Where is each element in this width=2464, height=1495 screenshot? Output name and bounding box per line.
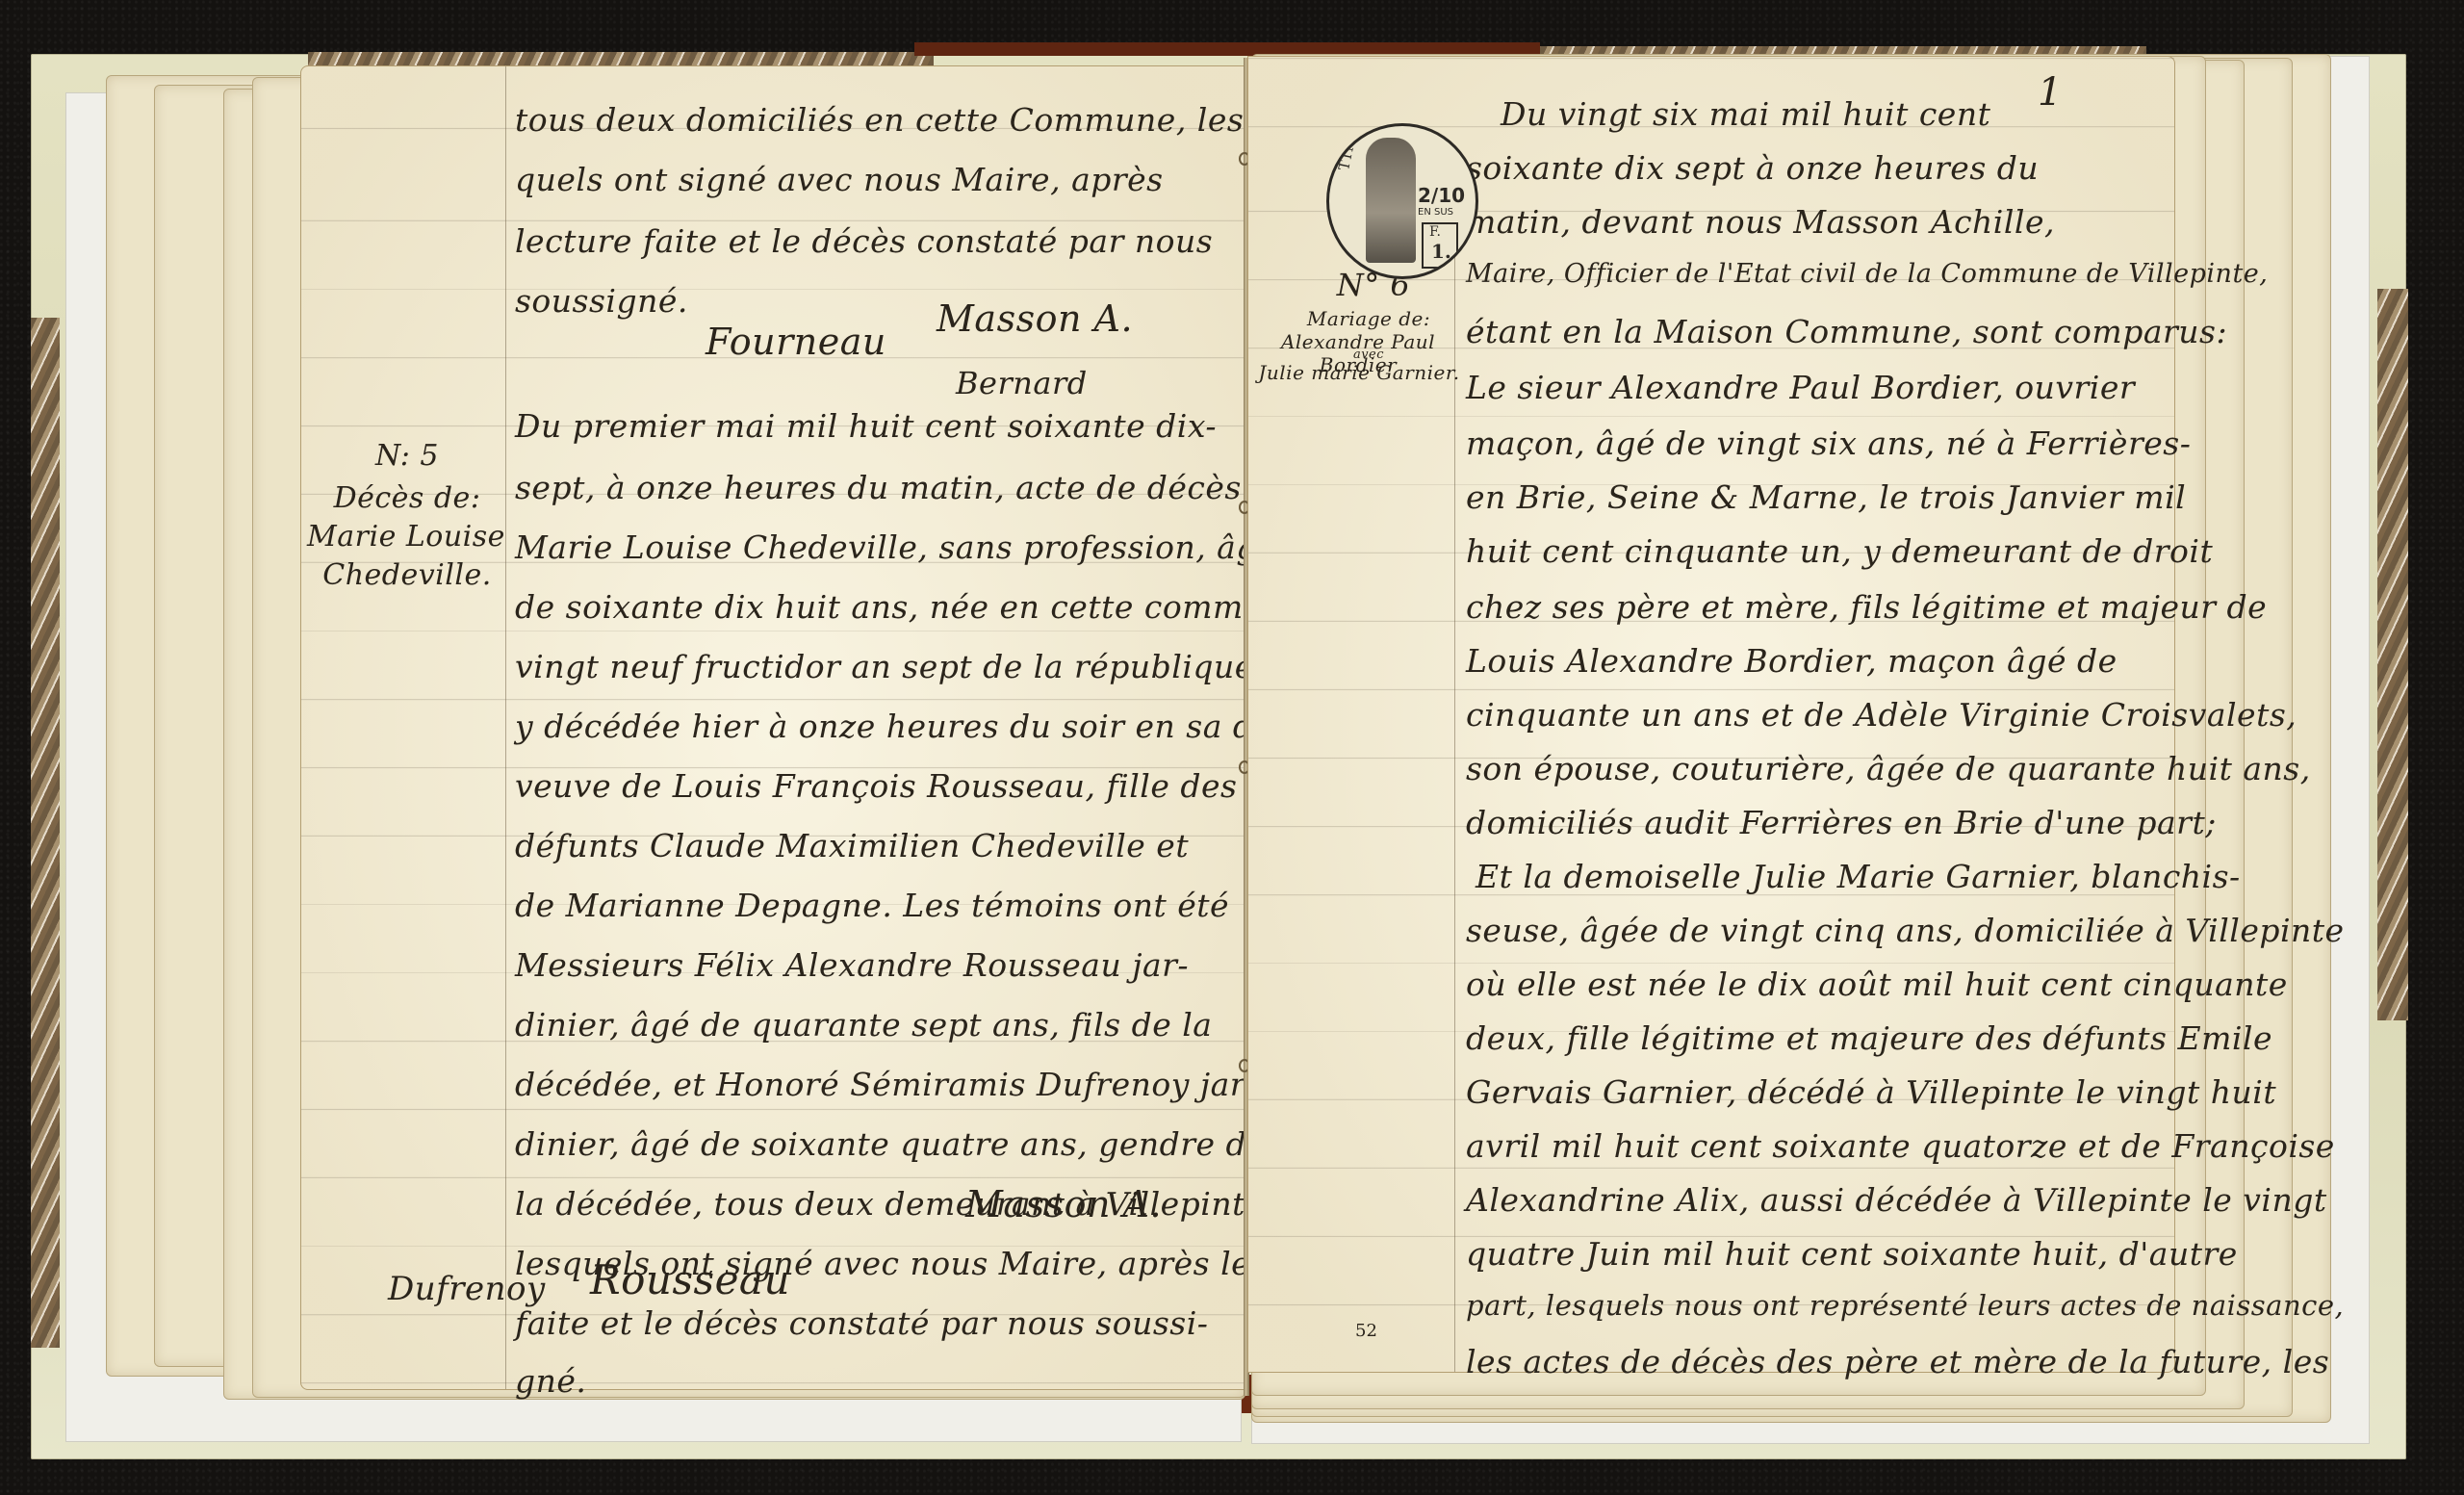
signature: Fourneau — [706, 321, 886, 363]
text-line: quels ont signé avec nous Maire, après — [515, 161, 1164, 198]
text-line: Messieurs Félix Alexandre Rousseau jar- — [515, 946, 1189, 984]
text-line: Et la demoiselle Julie Marie Garnier, bl… — [1476, 858, 2241, 895]
text-line: seuse, âgée de vingt cinq ans, domicilié… — [1466, 912, 2345, 949]
revenue-stamp: TIMBRE 2/10 EN SUS F. 1. — [1326, 123, 1478, 279]
text-line: lecture faite et le décès constaté par n… — [515, 222, 1213, 260]
text-line: Marie Louise Chedeville, sans profession… — [515, 528, 1296, 566]
entry-number: N: 5 — [311, 440, 503, 473]
text-line: où elle est née le dix août mil huit cen… — [1466, 966, 2288, 1003]
signature: Dufrenoy — [388, 1270, 546, 1308]
text-line: sept, à onze heures du matin, acte de dé… — [515, 469, 1293, 506]
text-line: Du premier mai mil huit cent soixante di… — [515, 407, 1217, 445]
text-line: soixante dix sept à onze heures du — [1466, 149, 2039, 187]
entry-type: Décès de: — [311, 482, 503, 515]
text-line: cinquante un ans et de Adèle Virginie Cr… — [1466, 696, 2297, 734]
page-number: 52 — [1355, 1321, 1377, 1341]
text-line: en Brie, Seine & Marne, le trois Janvier… — [1466, 478, 2186, 516]
text-line: tous deux domiciliés en cette Commune, l… — [515, 101, 1255, 139]
text-line: étant en la Maison Commune, sont comparu… — [1466, 313, 2227, 350]
text-line: Louis Alexandre Bordier, maçon âgé de — [1466, 642, 2117, 680]
text-line: les actes de décès des père et mère de l… — [1466, 1343, 2329, 1380]
text-line: matin, devant nous Masson Achille, — [1466, 203, 2055, 241]
justice-figure-icon — [1366, 138, 1416, 263]
stamp-value: 2/10 — [1418, 184, 1465, 207]
entry-subject-name: Marie Louise — [305, 521, 507, 554]
signature: Masson A. — [937, 297, 1133, 340]
signature: Rousseau — [590, 1256, 790, 1303]
stamp-denomination-letter: F. — [1429, 224, 1441, 240]
entry-type: Mariage de: — [1277, 307, 1460, 330]
text-line: de soixante dix huit ans, née en cette c… — [515, 588, 1345, 626]
text-line: Gervais Garnier, décédé à Villepinte le … — [1466, 1073, 2276, 1111]
text-line: huit cent cinquante un, y demeurant de d… — [1466, 532, 2213, 570]
text-line: décédée, et Honoré Sémiramis Dufrenoy ja… — [515, 1066, 1257, 1103]
text-line: Maire, Officier de l'Etat civil de la Co… — [1466, 259, 2268, 289]
stamp-value-note: EN SUS — [1418, 207, 1453, 218]
text-line: domiciliés audit Ferrières en Brie d'une… — [1466, 804, 2217, 841]
text-line: gné. — [515, 1362, 586, 1400]
text-line: veuve de Louis François Rousseau, fille … — [515, 767, 1237, 805]
text-line: de Marianne Depagne. Les témoins ont été — [515, 887, 1229, 924]
text-line: deux, fille légitime et majeure des défu… — [1466, 1019, 2272, 1057]
text-line: avril mil huit cent soixante quatorze et… — [1466, 1127, 2335, 1165]
text-line: quatre Juin mil huit cent soixante huit,… — [1466, 1235, 2238, 1273]
text-line: part, lesquels nous ont représenté leurs… — [1466, 1289, 2344, 1322]
text-line: vingt neuf fructidor an sept de la répub… — [515, 648, 1265, 685]
text-line: chez ses père et mère, fils légitime et … — [1466, 588, 2267, 626]
text-line: Du vingt six mai mil huit cent — [1501, 95, 1990, 133]
text-line: Alexandrine Alix, aussi décédée à Villep… — [1466, 1181, 2327, 1219]
text-line: maçon, âgé de vingt six ans, né à Ferriè… — [1466, 425, 2191, 462]
entry-subject-surname: Chedeville. — [311, 559, 503, 592]
text-line: Le sieur Alexandre Paul Bordier, ouvrier — [1466, 369, 2135, 406]
text-line: défunts Claude Maximilien Chedeville et — [515, 827, 1189, 864]
text-line: soussigné. — [515, 282, 688, 320]
text-line: dinier, âgé de soixante quatre ans, gend… — [515, 1125, 1266, 1163]
folio-mark: 1 — [2038, 70, 2063, 115]
text-line: son épouse, couturière, âgée de quarante… — [1466, 750, 2311, 787]
text-line: faite et le décès constaté par nous sous… — [515, 1304, 1208, 1342]
stamp-denomination-value: 1. — [1431, 240, 1451, 263]
signature: Bernard — [956, 365, 1088, 401]
left-page: tous deux domiciliés en cette Commune, l… — [300, 65, 1247, 1390]
marbled-board-right — [2377, 289, 2408, 1020]
text-line: dinier, âgé de quarante sept ans, fils d… — [515, 1006, 1212, 1044]
marbled-board-left — [31, 318, 60, 1348]
signature: Masson A. — [965, 1183, 1162, 1225]
entry-bride-name: Julie marie Garnier. — [1258, 361, 1460, 384]
